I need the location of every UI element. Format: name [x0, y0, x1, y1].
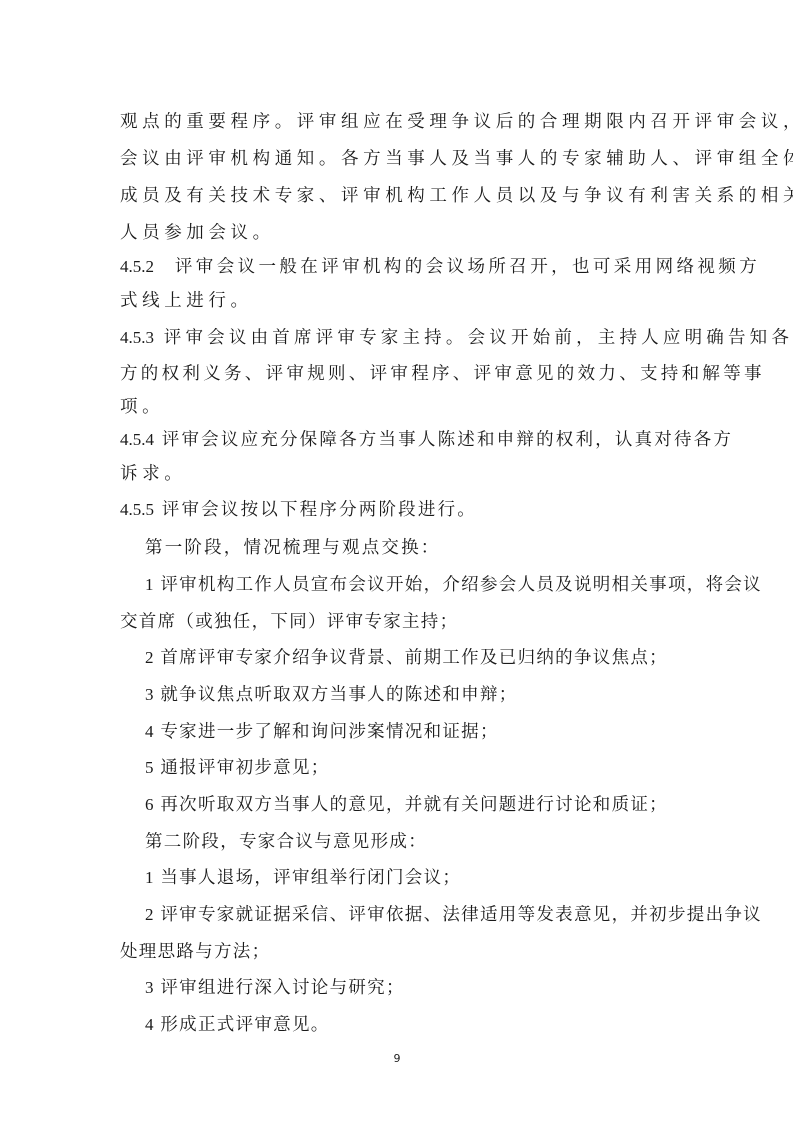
clause-text: 评审会议一般在评审机构的会议场所召开，也可采用网络视频方	[154, 257, 760, 277]
clause-number: 4.5.3	[120, 328, 154, 347]
list-number: 2	[145, 648, 154, 667]
list-text: 通报评审初步意见；	[160, 758, 329, 778]
list-item: 1 评审机构工作人员宣布会议开始，介绍参会人员及说明相关事项，将会议	[145, 573, 705, 597]
clause-number: 4.5.5	[120, 500, 154, 519]
list-number: 5	[145, 758, 154, 777]
list-number: 4	[145, 722, 154, 741]
paragraph-line: 成员及有关技术专家、评审机构工作人员以及与争议有利害关系的相关	[120, 184, 680, 208]
list-number: 3	[145, 978, 154, 997]
paragraph-line: 项。	[120, 395, 680, 419]
paragraph-line: 诉求。	[120, 462, 680, 486]
stage-one-heading: 第一阶段，情况梳理与观点交换：	[145, 536, 705, 560]
paragraph-line: 处理思路与方法；	[120, 940, 680, 964]
document-page: 观点的重要程序。评审组应在受理争议后的合理期限内召开评审会议， 会议由评审机构通…	[0, 0, 793, 1122]
list-text: 评审专家就证据采信、评审依据、法律适用等发表意见，并初步提出争议	[160, 905, 762, 925]
stage-two-heading: 第二阶段，专家合议与意见形成：	[145, 830, 705, 854]
list-item: 1 当事人退场，评审组举行闭门会议；	[145, 866, 705, 890]
clause-4-5-4: 4.5.4 评审会议应充分保障各方当事人陈述和申辩的权利，认真对待各方	[120, 428, 680, 452]
paragraph-line: 会议由评审机构通知。各方当事人及当事人的专家辅助人、评审组全体	[120, 147, 680, 171]
list-text: 首席评审专家介绍争议背景、前期工作及已归纳的争议焦点；	[160, 648, 668, 668]
list-number: 1	[145, 868, 154, 887]
list-text: 就争议焦点听取双方当事人的陈述和申辩；	[160, 685, 517, 705]
clause-text: 评审会议按以下程序分两阶段进行。	[162, 500, 477, 520]
paragraph-line: 交首席（或独任，下同）评审专家主持；	[120, 610, 680, 634]
list-text: 专家进一步了解和询问涉案情况和证据；	[160, 722, 498, 742]
list-item: 4 形成正式评审意见。	[145, 1013, 705, 1037]
list-number: 4	[145, 1015, 154, 1034]
list-item: 2 评审专家就证据采信、评审依据、法律适用等发表意见，并初步提出争议	[145, 903, 705, 927]
paragraph-line: 观点的重要程序。评审组应在受理争议后的合理期限内召开评审会议，	[120, 110, 680, 134]
paragraph-line: 方的权利义务、评审规则、评审程序、评审意见的效力、支持和解等事	[120, 362, 680, 386]
list-text: 形成正式评审意见。	[160, 1015, 329, 1035]
list-text: 评审组进行深入讨论与研究；	[160, 978, 404, 998]
paragraph-line: 式线上进行。	[120, 289, 680, 313]
list-number: 6	[145, 795, 154, 814]
list-item: 2 首席评审专家介绍争议背景、前期工作及已归纳的争议焦点；	[145, 646, 705, 670]
clause-text: 评审会议由首席评审专家主持。会议开始前，主持人应明确告知各	[164, 328, 793, 348]
list-number: 1	[145, 575, 154, 594]
paragraph-line: 人员参加会议。	[120, 221, 680, 245]
list-item: 3 评审组进行深入讨论与研究；	[145, 976, 705, 1000]
list-text: 当事人退场，评审组举行闭门会议；	[160, 868, 461, 888]
list-item: 4 专家进一步了解和询问涉案情况和证据；	[145, 720, 705, 744]
clause-number: 4.5.4	[120, 430, 154, 449]
list-number: 3	[145, 685, 154, 704]
list-number: 2	[145, 905, 154, 924]
list-item: 6 再次听取双方当事人的意见，并就有关问题进行讨论和质证；	[145, 793, 705, 817]
clause-4-5-3: 4.5.3 评审会议由首席评审专家主持。会议开始前，主持人应明确告知各	[120, 326, 680, 350]
clause-text: 评审会议应充分保障各方当事人陈述和申辩的权利，认真对待各方	[162, 430, 733, 450]
list-text: 评审机构工作人员宣布会议开始，介绍参会人员及说明相关事项，将会议	[160, 575, 762, 595]
clause-number: 4.5.2	[120, 257, 154, 276]
page-number: 9	[390, 1052, 404, 1065]
clause-4-5-5: 4.5.5 评审会议按以下程序分两阶段进行。	[120, 498, 680, 522]
clause-4-5-2: 4.5.2 评审会议一般在评审机构的会议场所召开，也可采用网络视频方	[120, 255, 680, 279]
list-item: 3 就争议焦点听取双方当事人的陈述和申辩；	[145, 683, 705, 707]
list-item: 5 通报评审初步意见；	[145, 756, 705, 780]
list-text: 再次听取双方当事人的意见，并就有关问题进行讨论和质证；	[160, 795, 668, 815]
